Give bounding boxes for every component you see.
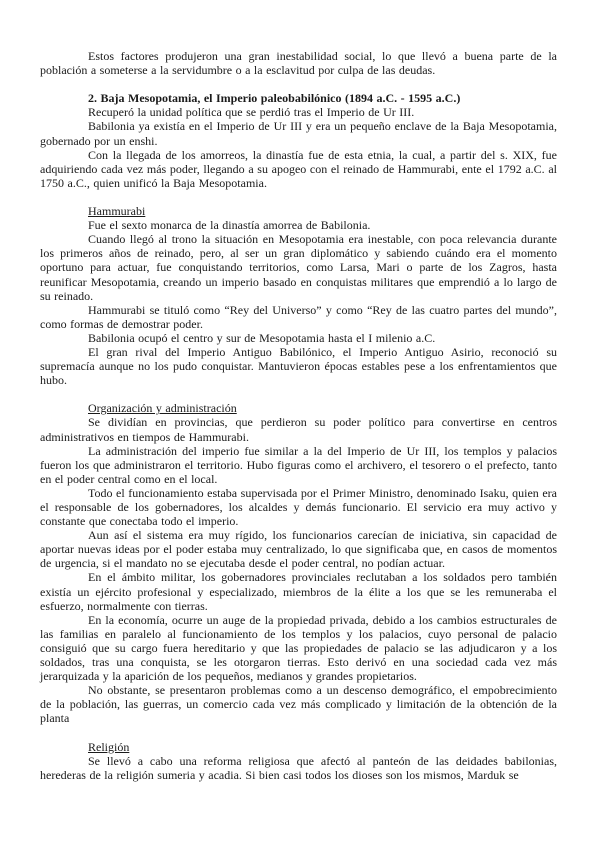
subheading-religion: Religión [40,740,557,754]
paragraph: Hammurabi se tituló como “Rey del Univer… [40,303,557,331]
paragraph: No obstante, se presentaron problemas co… [40,683,557,725]
subheading-organizacion-administracion: Organización y administración [40,401,557,415]
paragraph-intro: Estos factores produjeron una gran inest… [40,49,557,77]
subheading-hammurabi: Hammurabi [40,204,557,218]
paragraph: El gran rival del Imperio Antiguo Babiló… [40,345,557,387]
paragraph: Todo el funcionamiento estaba supervisad… [40,486,557,528]
paragraph: Se llevó a cabo una reforma religiosa qu… [40,754,557,782]
paragraph: En la economía, ocurre un auge de la pro… [40,613,557,683]
paragraph: Recuperó la unidad política que se perdi… [40,105,557,119]
paragraph: Se dividían en provincias, que perdieron… [40,415,557,443]
paragraph: Aun así el sistema era muy rígido, los f… [40,528,557,570]
paragraph: Babilonia ya existía en el Imperio de Ur… [40,119,557,147]
blank-line [40,387,557,401]
paragraph: En el ámbito militar, los gobernadores p… [40,570,557,612]
paragraph: Babilonia ocupó el centro y sur de Mesop… [40,331,557,345]
blank-line [40,77,557,91]
blank-line [40,190,557,204]
document-page: Estos factores produjeron una gran inest… [0,0,599,848]
paragraph: Con la llegada de los amorreos, la dinas… [40,148,557,190]
blank-line [40,726,557,740]
paragraph: Fue el sexto monarca de la dinastía amor… [40,218,557,232]
section-heading-baja-mesopotamia: 2. Baja Mesopotamia, el Imperio paleobab… [40,91,557,105]
paragraph: Cuando llegó al trono la situación en Me… [40,232,557,302]
paragraph: La administración del imperio fue simila… [40,444,557,486]
